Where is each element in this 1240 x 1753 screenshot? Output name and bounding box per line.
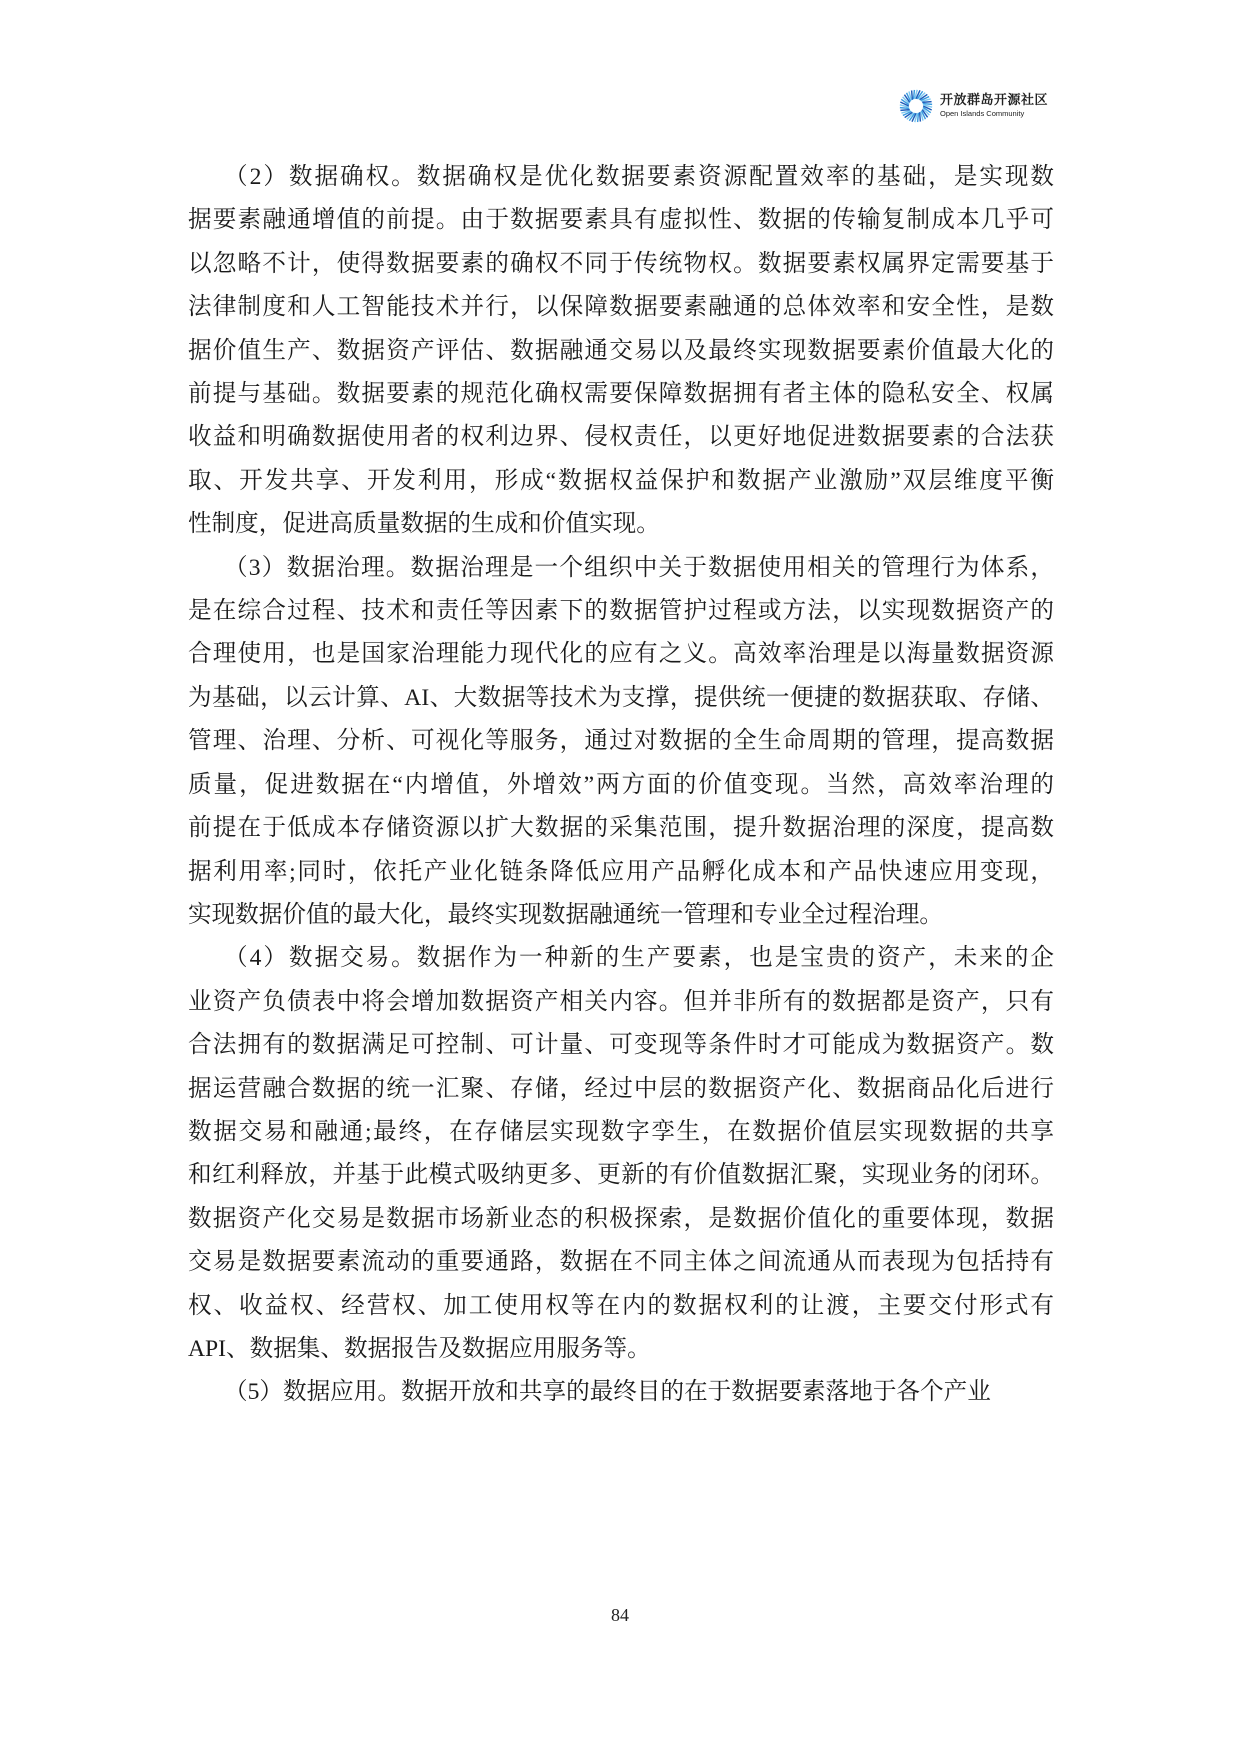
text-line: 数据资产化交易是数据市场新业态的积极探索，是数据价值化的重要体现，数据 <box>188 1198 1054 1241</box>
text-line: 据价值生产、数据资产评估、数据融通交易以及最终实现数据要素价值最大化的 <box>188 330 1054 373</box>
text-line: 数据交易和融通;最终，在存储层实现数字孪生，在数据价值层实现数据的共享 <box>188 1111 1054 1154</box>
text-line: 性制度，促进高质量数据的生成和价值实现。 <box>188 503 1054 546</box>
text-line: 质量，促进数据在“内增值，外增效”两方面的价值变现。当然，高效率治理的 <box>188 764 1054 807</box>
text-line: 为基础，以云计算、AI、大数据等技术为支撑，提供统一便捷的数据获取、存储、 <box>188 677 1054 720</box>
text-line: 和红利释放，并基于此模式吸纳更多、更新的有价值数据汇聚，实现业务的闭环。 <box>188 1154 1054 1197</box>
text-line: 合理使用，也是国家治理能力现代化的应有之义。高效率治理是以海量数据资源 <box>188 633 1054 676</box>
logo-title-en: Open Islands Community <box>940 110 1048 118</box>
paragraph: （2）数据确权。数据确权是优化数据要素资源配置效率的基础，是实现数据要素融通增值… <box>188 156 1054 547</box>
page-number: 84 <box>0 1605 1240 1626</box>
paragraph: （3）数据治理。数据治理是一个组织中关于数据使用相关的管理行为体系，是在综合过程… <box>188 547 1054 938</box>
text-line: 权、收益权、经营权、加工使用权等在内的数据权利的让渡，主要交付形式有 <box>188 1285 1054 1328</box>
text-line: 前提与基础。数据要素的规范化确权需要保障数据拥有者主体的隐私安全、权属 <box>188 373 1054 416</box>
community-logo: 开放群岛开源社区 Open Islands Community <box>898 88 1048 124</box>
body-text: （2）数据确权。数据确权是优化数据要素资源配置效率的基础，是实现数据要素融通增值… <box>188 156 1054 1415</box>
text-line: 合法拥有的数据满足可控制、可计量、可变现等条件时才可能成为数据资产。数 <box>188 1024 1054 1067</box>
text-line: 法律制度和人工智能技术并行，以保障数据要素融通的总体效率和安全性，是数 <box>188 286 1054 329</box>
paragraph: （4）数据交易。数据作为一种新的生产要素，也是宝贵的资产，未来的企业资产负债表中… <box>188 937 1054 1371</box>
text-line: 收益和明确数据使用者的权利边界、侵权责任，以更好地促进数据要素的合法获 <box>188 416 1054 459</box>
text-line: 是在综合过程、技术和责任等因素下的数据管护过程或方法，以实现数据资产的 <box>188 590 1054 633</box>
text-line: 据利用率;同时，依托产业化链条降低应用产品孵化成本和产品快速应用变现， <box>188 851 1054 894</box>
logo-text: 开放群岛开源社区 Open Islands Community <box>940 94 1048 118</box>
text-line: 业资产负债表中将会增加数据资产相关内容。但并非所有的数据都是资产，只有 <box>188 981 1054 1024</box>
text-line: （3）数据治理。数据治理是一个组织中关于数据使用相关的管理行为体系， <box>188 547 1054 590</box>
paragraph: （5）数据应用。数据开放和共享的最终目的在于数据要素落地于各个产业 <box>188 1371 1054 1414</box>
text-line: 实现数据价值的最大化，最终实现数据融通统一管理和专业全过程治理。 <box>188 894 1054 937</box>
text-line: 据要素融通增值的前提。由于数据要素具有虚拟性、数据的传输复制成本几乎可 <box>188 199 1054 242</box>
text-line: 交易是数据要素流动的重要通路，数据在不同主体之间流通从而表现为包括持有 <box>188 1241 1054 1284</box>
text-line: 管理、治理、分析、可视化等服务，通过对数据的全生命周期的管理，提高数据 <box>188 720 1054 763</box>
text-line: （5）数据应用。数据开放和共享的最终目的在于数据要素落地于各个产业 <box>188 1371 1054 1414</box>
text-line: 据运营融合数据的统一汇聚、存储，经过中层的数据资产化、数据商品化后进行 <box>188 1068 1054 1111</box>
text-line: 前提在于低成本存储资源以扩大数据的采集范围，提升数据治理的深度，提高数 <box>188 807 1054 850</box>
logo-title-cn: 开放群岛开源社区 <box>940 94 1048 107</box>
text-line: （4）数据交易。数据作为一种新的生产要素，也是宝贵的资产，未来的企 <box>188 937 1054 980</box>
text-line: API、数据集、数据报告及数据应用服务等。 <box>188 1328 1054 1371</box>
sunburst-logo-icon <box>898 88 934 124</box>
document-page: 开放群岛开源社区 Open Islands Community （2）数据确权。… <box>0 0 1240 1753</box>
text-line: 取、开发共享、开发利用，形成“数据权益保护和数据产业激励”双层维度平衡 <box>188 460 1054 503</box>
text-line: 以忽略不计，使得数据要素的确权不同于传统物权。数据要素权属界定需要基于 <box>188 243 1054 286</box>
text-line: （2）数据确权。数据确权是优化数据要素资源配置效率的基础，是实现数 <box>188 156 1054 199</box>
